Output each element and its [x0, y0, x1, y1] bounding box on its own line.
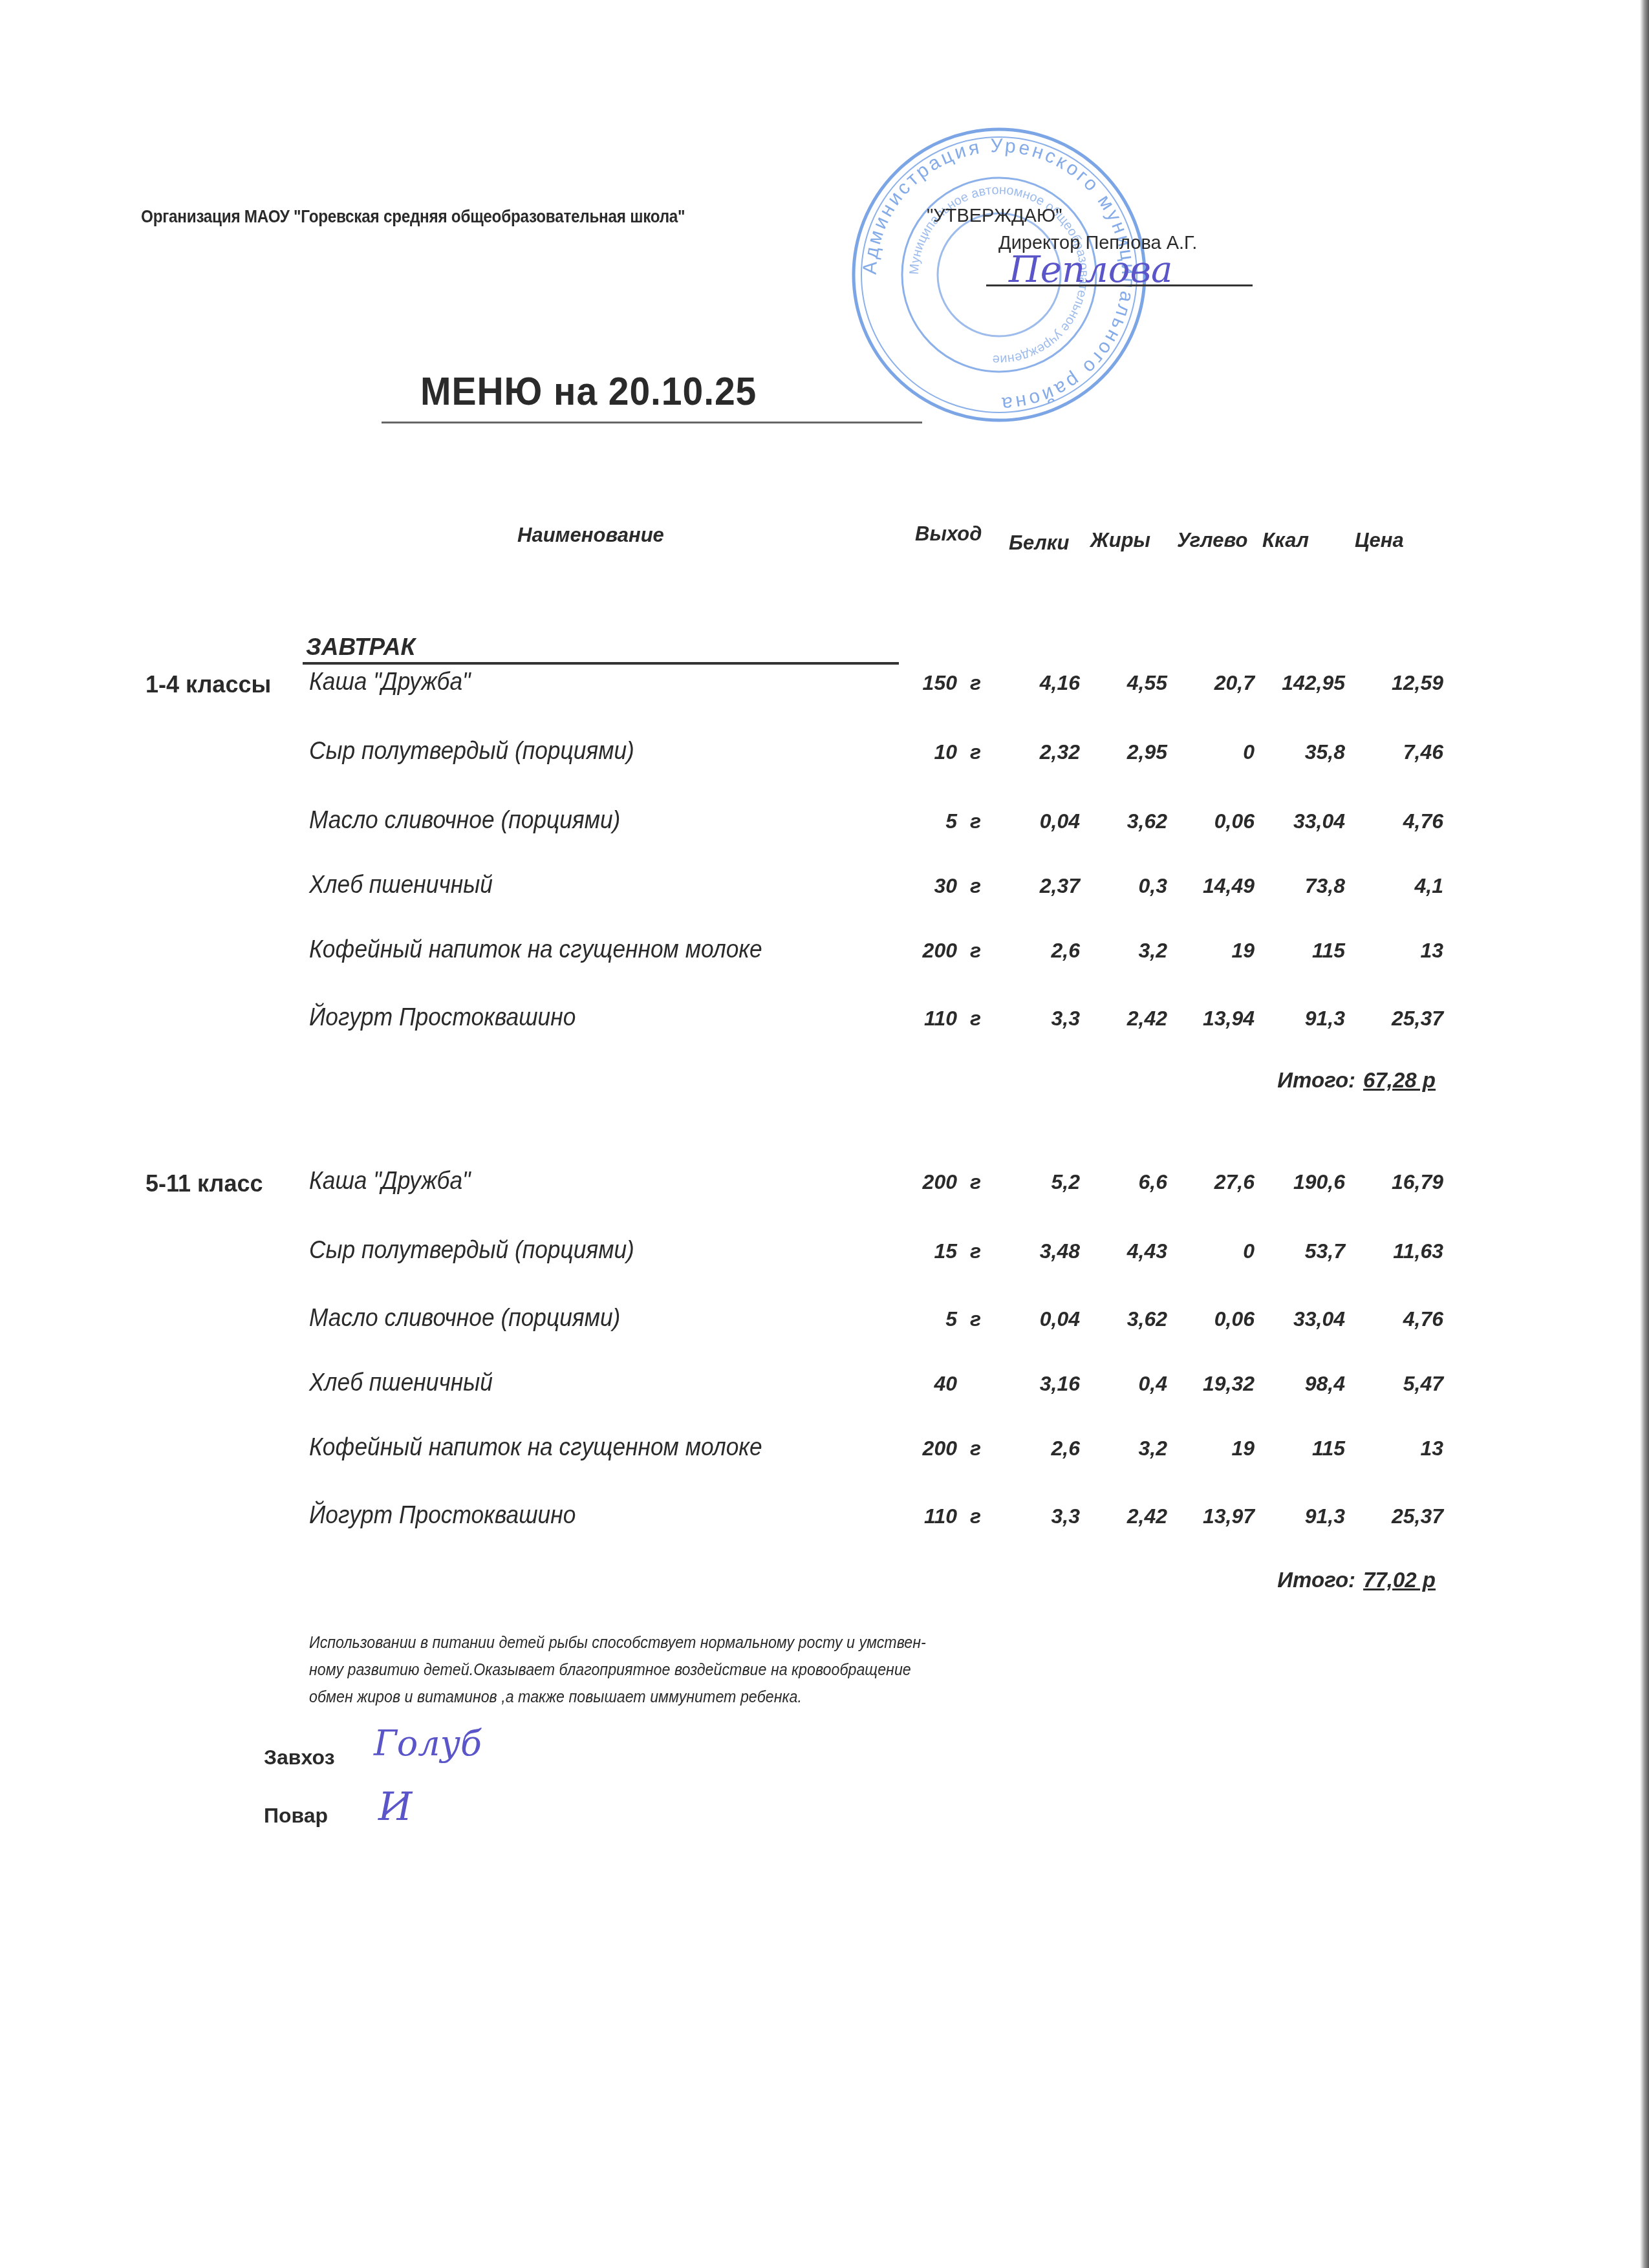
carbs-value: 13,97: [1170, 1504, 1255, 1528]
output-unit: г: [970, 1504, 981, 1528]
output-value: 30: [873, 874, 957, 898]
output-value: 40: [873, 1372, 957, 1396]
nutrition-note: Использовании в питании детей рыбы спосо…: [309, 1629, 1103, 1711]
table-row: Йогурт Простоквашино110г3,32,4213,9791,3…: [0, 1503, 1649, 1535]
signature-line: [986, 284, 1253, 286]
kcal-value: 33,04: [1255, 1307, 1345, 1331]
kcal-value: 115: [1255, 1437, 1345, 1460]
carbs-value: 0,06: [1170, 1307, 1255, 1331]
carbs-value: 20,7: [1170, 671, 1255, 695]
proteins-value: 2,6: [1002, 939, 1080, 963]
meal-title: ЗАВТРАК: [306, 634, 415, 661]
table-row: Сыр полутвердый (порциями)10г2,322,95035…: [0, 739, 1649, 771]
output-unit: г: [970, 740, 981, 764]
price-value: 25,37: [1359, 1007, 1443, 1031]
col-header-price: Цена: [1355, 529, 1404, 552]
price-value: 13: [1359, 939, 1443, 963]
total-value: 77,02 р: [1363, 1568, 1436, 1592]
dish-name: Хлеб пшеничный: [309, 1369, 493, 1397]
dish-name: Сыр полутвердый (порциями): [309, 738, 634, 765]
kcal-value: 33,04: [1255, 809, 1345, 833]
dish-name: Йогурт Простоквашино: [309, 1502, 576, 1530]
output-value: 110: [873, 1007, 957, 1031]
table-row: Хлеб пшеничный30г2,370,314,4973,84,1: [0, 873, 1649, 905]
col-header-kcal: Ккал: [1262, 529, 1309, 552]
table-row: Сыр полутвердый (порциями)15г3,484,43053…: [0, 1238, 1649, 1270]
fats-value: 4,55: [1090, 671, 1167, 695]
col-header-output: Выход: [915, 522, 982, 546]
storekeeper-signature: Голуб: [374, 1723, 482, 1764]
output-unit: г: [970, 1007, 981, 1031]
output-value: 150: [873, 671, 957, 695]
carbs-value: 19: [1170, 1437, 1255, 1460]
proteins-value: 5,2: [1002, 1170, 1080, 1194]
carbs-value: 0: [1170, 1239, 1255, 1263]
col-header-name: Наименование: [517, 524, 664, 547]
price-value: 16,79: [1359, 1170, 1443, 1194]
fats-value: 3,2: [1090, 1437, 1167, 1460]
table-row: Каша "Дружба"150г4,164,5520,7142,9512,59: [0, 670, 1649, 702]
carbs-value: 19: [1170, 939, 1255, 963]
kcal-value: 142,95: [1255, 671, 1345, 695]
col-header-carbs: Углево: [1177, 529, 1247, 552]
output-value: 200: [873, 1170, 957, 1194]
dish-name: Кофейный напиток на сгущенном молоке: [309, 936, 762, 964]
fats-value: 0,4: [1090, 1372, 1167, 1396]
table-row: Каша "Дружба"200г5,26,627,6190,616,79: [0, 1169, 1649, 1201]
carbs-value: 0,06: [1170, 809, 1255, 833]
carbs-value: 0: [1170, 740, 1255, 764]
proteins-value: 3,16: [1002, 1372, 1080, 1396]
title-underline: [382, 422, 922, 423]
total-line: Итого:77,02 р: [1277, 1568, 1436, 1592]
scan-edge-shadow: [1640, 0, 1649, 2268]
proteins-value: 3,3: [1002, 1504, 1080, 1528]
price-value: 12,59: [1359, 671, 1443, 695]
carbs-value: 14,49: [1170, 874, 1255, 898]
proteins-value: 3,48: [1002, 1239, 1080, 1263]
total-label: Итого:: [1277, 1568, 1355, 1592]
fats-value: 0,3: [1090, 874, 1167, 898]
output-value: 110: [873, 1504, 957, 1528]
fats-value: 3,62: [1090, 1307, 1167, 1331]
output-value: 200: [873, 939, 957, 963]
fats-value: 2,95: [1090, 740, 1167, 764]
organization-name: Организация МАОУ "Горевская средняя обще…: [141, 207, 685, 227]
kcal-value: 91,3: [1255, 1007, 1345, 1031]
output-unit: г: [970, 1170, 981, 1194]
price-value: 4,76: [1359, 809, 1443, 833]
kcal-value: 91,3: [1255, 1504, 1345, 1528]
output-unit: г: [970, 671, 981, 695]
total-line: Итого:67,28 р: [1277, 1068, 1436, 1093]
price-value: 25,37: [1359, 1504, 1443, 1528]
output-value: 10: [873, 740, 957, 764]
price-value: 11,63: [1359, 1239, 1443, 1263]
cook-signature: И: [378, 1784, 412, 1830]
dish-name: Масло сливочное (порциями): [309, 1305, 620, 1332]
page-title: МЕНЮ на 20.10.25: [420, 369, 757, 414]
table-row: Хлеб пшеничный403,160,419,3298,45,47: [0, 1371, 1649, 1403]
output-unit: г: [970, 874, 981, 898]
meal-underline: [303, 662, 899, 665]
kcal-value: 98,4: [1255, 1372, 1345, 1396]
output-unit: г: [970, 1239, 981, 1263]
fats-value: 6,6: [1090, 1170, 1167, 1194]
table-row: Йогурт Простоквашино110г3,32,4213,9491,3…: [0, 1005, 1649, 1038]
kcal-value: 190,6: [1255, 1170, 1345, 1194]
output-unit: г: [970, 1307, 981, 1331]
proteins-value: 2,32: [1002, 740, 1080, 764]
proteins-value: 4,16: [1002, 671, 1080, 695]
cook-label: Повар: [264, 1804, 328, 1828]
fats-value: 3,62: [1090, 809, 1167, 833]
kcal-value: 53,7: [1255, 1239, 1345, 1263]
fats-value: 2,42: [1090, 1007, 1167, 1031]
dish-name: Масло сливочное (порциями): [309, 807, 620, 835]
dish-name: Каша "Дружба": [309, 1168, 471, 1195]
dish-name: Йогурт Простоквашино: [309, 1004, 576, 1032]
dish-name: Хлеб пшеничный: [309, 872, 493, 899]
dish-name: Каша "Дружба": [309, 669, 471, 696]
approve-label: "УТВЕРЖДАЮ": [927, 206, 1062, 227]
price-value: 5,47: [1359, 1372, 1443, 1396]
price-value: 4,1: [1359, 874, 1443, 898]
proteins-value: 2,6: [1002, 1437, 1080, 1460]
output-unit: г: [970, 1437, 981, 1460]
storekeeper-label: Завхоз: [264, 1746, 335, 1770]
proteins-value: 3,3: [1002, 1007, 1080, 1031]
fats-value: 4,43: [1090, 1239, 1167, 1263]
table-row: Масло сливочное (порциями)5г0,043,620,06…: [0, 808, 1649, 840]
fats-value: 3,2: [1090, 939, 1167, 963]
output-value: 5: [873, 809, 957, 833]
carbs-value: 13,94: [1170, 1007, 1255, 1031]
fats-value: 2,42: [1090, 1504, 1167, 1528]
col-header-fats: Жиры: [1090, 529, 1150, 552]
price-value: 7,46: [1359, 740, 1443, 764]
proteins-value: 2,37: [1002, 874, 1080, 898]
price-value: 4,76: [1359, 1307, 1443, 1331]
output-value: 200: [873, 1437, 957, 1460]
total-label: Итого:: [1277, 1068, 1355, 1092]
table-row: Кофейный напиток на сгущенном молоке200г…: [0, 937, 1649, 970]
kcal-value: 73,8: [1255, 874, 1345, 898]
col-header-proteins: Белки: [1009, 531, 1070, 555]
carbs-value: 27,6: [1170, 1170, 1255, 1194]
kcal-value: 35,8: [1255, 740, 1345, 764]
table-row: Кофейный напиток на сгущенном молоке200г…: [0, 1435, 1649, 1468]
table-row: Масло сливочное (порциями)5г0,043,620,06…: [0, 1306, 1649, 1338]
proteins-value: 0,04: [1002, 1307, 1080, 1331]
proteins-value: 0,04: [1002, 809, 1080, 833]
output-value: 15: [873, 1239, 957, 1263]
carbs-value: 19,32: [1170, 1372, 1255, 1396]
total-value: 67,28 р: [1363, 1068, 1436, 1092]
output-value: 5: [873, 1307, 957, 1331]
kcal-value: 115: [1255, 939, 1345, 963]
dish-name: Сыр полутвердый (порциями): [309, 1237, 634, 1265]
price-value: 13: [1359, 1437, 1443, 1460]
output-unit: г: [970, 939, 981, 963]
dish-name: Кофейный напиток на сгущенном молоке: [309, 1434, 762, 1462]
output-unit: г: [970, 809, 981, 833]
